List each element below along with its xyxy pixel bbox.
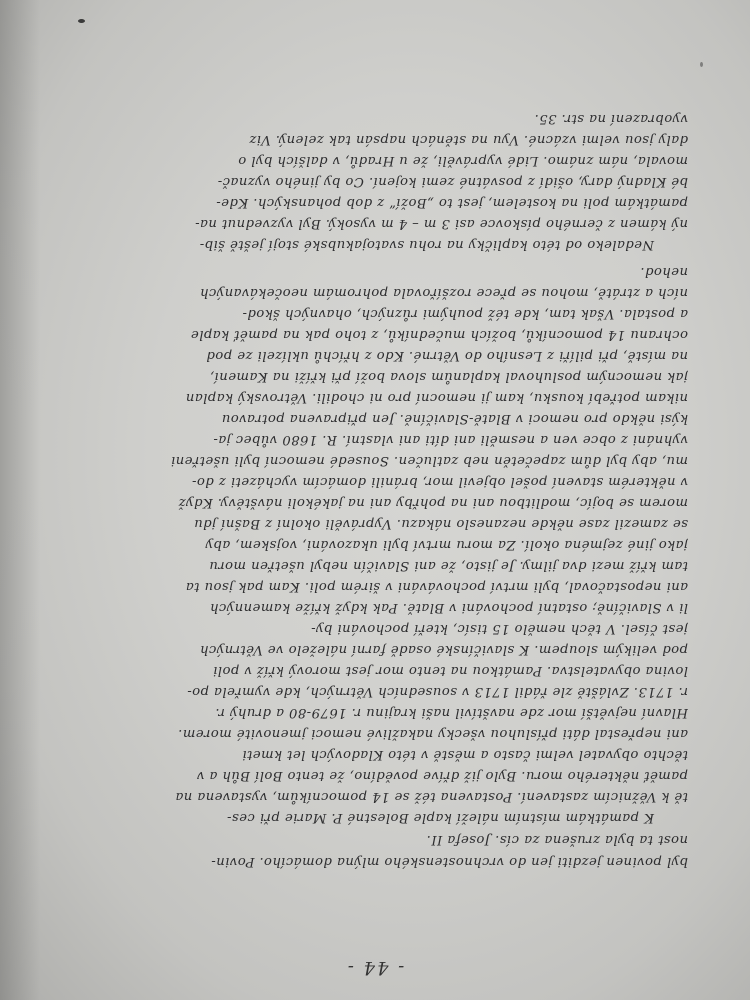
ink-speck (78, 19, 85, 23)
ink-speck (700, 62, 703, 67)
handwritten-page-rotated-lower (0, 0, 750, 1000)
